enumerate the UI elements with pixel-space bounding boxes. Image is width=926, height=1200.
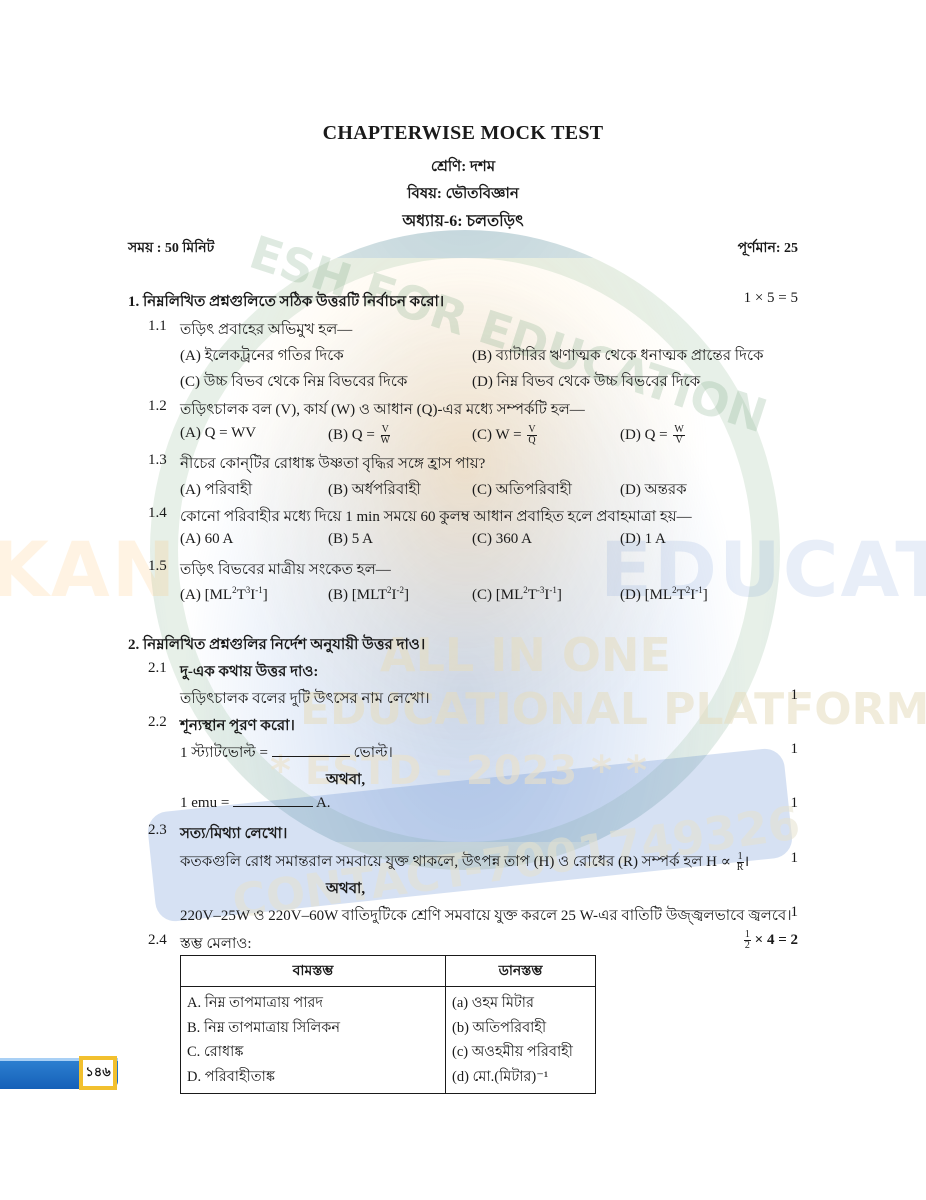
marks-rest: × 4 = 2 bbox=[751, 932, 798, 948]
question-number: 2.1 bbox=[148, 660, 167, 677]
question-text: তড়িৎচালক বলের দুটি উৎসের নাম লেখো। bbox=[180, 687, 430, 712]
fill-blank-1: 1 স্ট্যাটভোল্ট = ভোল্ট। bbox=[180, 741, 393, 766]
option-label: (A) Q = WV bbox=[180, 425, 256, 441]
left-item: A. নিম্ন তাপমাত্রায় পারদ bbox=[187, 991, 439, 1016]
question-text: তড়িৎ প্রবাহের অভিমুখ হল— bbox=[180, 318, 352, 343]
denominator: 2 bbox=[745, 941, 750, 951]
statement-text: কতকগুলি রোধ সমান্তরাল সমবায়ে যুক্ত থাকল… bbox=[180, 854, 735, 870]
class-line: শ্রেণি: দশম bbox=[0, 155, 926, 180]
question-number: 1.2 bbox=[148, 398, 167, 415]
match-table: বামস্তম্ভ ডানস্তম্ভ A. নিম্ন তাপমাত্রায়… bbox=[180, 955, 596, 1094]
or-label: অথবা, bbox=[326, 877, 365, 902]
option-b: (B) Q = VW bbox=[328, 425, 390, 446]
option-d: (D) Q = WV bbox=[620, 425, 685, 446]
option-b: (B) [MLT2I-2] bbox=[328, 585, 409, 604]
question-text: তড়িৎচালক বল (V), কার্য (W) ও আধান (Q)-এ… bbox=[180, 398, 585, 423]
option-label: (B) Q = bbox=[328, 427, 379, 443]
question-instruction: স্তম্ভ মেলাও: bbox=[180, 932, 252, 957]
question-text: নীচের কোন্‌টির রোধাঙ্ক উষ্ণতা বৃদ্ধির সঙ… bbox=[180, 452, 485, 477]
chapter-line: অধ্যায়-6: চলতড়িৎ bbox=[0, 208, 926, 235]
question-marks: 1 bbox=[791, 741, 799, 758]
option-b: (B) অর্ধপরিবাহী bbox=[328, 478, 421, 503]
left-column-cell: A. নিম্ন তাপমাত্রায় পারদ B. নিম্ন তাপমা… bbox=[181, 987, 446, 1094]
denominator: V bbox=[675, 436, 682, 446]
option-a: (A) পরিবাহী bbox=[180, 478, 252, 503]
option-label: (C) W = bbox=[472, 427, 525, 443]
section1-heading: 1. নিম্নলিখিত প্রশ্নগুলিতে সঠিক উত্তরটি … bbox=[128, 290, 444, 315]
question-marks: 1 bbox=[791, 904, 799, 921]
question-number: 2.2 bbox=[148, 714, 167, 731]
right-item: (b) অতিপরিবাহী bbox=[452, 1016, 589, 1041]
option-d: (D) নিম্ন বিভব থেকে উচ্চ বিভবের দিকে bbox=[472, 370, 700, 395]
column-header-right: ডানস্তম্ভ bbox=[446, 956, 596, 987]
subject-line: বিষয়: ভৌতবিজ্ঞান bbox=[0, 182, 926, 207]
option-d: (D) অন্তরক bbox=[620, 478, 687, 503]
statement-end: । bbox=[744, 854, 750, 870]
section1-marks: 1 × 5 = 5 bbox=[744, 290, 798, 307]
blank-prefix: 1 emu = bbox=[180, 795, 233, 811]
fraction: 12 bbox=[744, 930, 751, 951]
blank-line bbox=[272, 756, 350, 757]
blank-prefix: 1 স্ট্যাটভোল্ট = bbox=[180, 745, 272, 761]
page: CHAPTERWISE MOCK TEST শ্রেণি: দশম বিষয়:… bbox=[0, 0, 926, 1200]
blank-suffix: ভোল্ট। bbox=[350, 745, 393, 761]
denominator: W bbox=[381, 436, 390, 446]
question-marks: 1 bbox=[791, 687, 799, 704]
fraction: VW bbox=[381, 425, 390, 446]
question-number: 2.4 bbox=[148, 932, 167, 949]
fraction: WV bbox=[673, 425, 684, 446]
right-item: (a) ওহম মিটার bbox=[452, 991, 589, 1016]
option-a: (A) ইলেকট্রনের গতির দিকে bbox=[180, 344, 344, 369]
option-c: (C) W = VQ bbox=[472, 425, 537, 446]
question-instruction: দু-এক কথায় উত্তর দাও: bbox=[180, 660, 318, 685]
true-false-statement-1: কতকগুলি রোধ সমান্তরাল সমবায়ে যুক্ত থাকল… bbox=[180, 850, 749, 875]
page-title: CHAPTERWISE MOCK TEST bbox=[0, 122, 926, 145]
question-marks: 1 bbox=[791, 795, 799, 812]
right-item: (d) মো.(মিটার)⁻¹ bbox=[452, 1065, 589, 1090]
question-instruction: সত্য/মিথ্যা লেখো। bbox=[180, 822, 287, 847]
fraction: VQ bbox=[527, 425, 536, 446]
option-d: (D) 1 A bbox=[620, 531, 666, 548]
question-marks: 12 × 4 = 2 bbox=[742, 930, 798, 951]
question-number: 1.4 bbox=[148, 505, 167, 522]
blank-suffix: A. bbox=[313, 795, 331, 811]
option-b: (B) ব্যাটারির ঋণাত্মক থেকে ধনাত্মক প্রান… bbox=[472, 344, 763, 369]
left-item: C. রোধাঙ্ক bbox=[187, 1040, 439, 1065]
question-number: 1.5 bbox=[148, 558, 167, 575]
option-label: (D) Q = bbox=[620, 427, 671, 443]
question-number: 1.1 bbox=[148, 318, 167, 335]
option-a: (A) 60 A bbox=[180, 531, 233, 548]
column-header-left: বামস্তম্ভ bbox=[181, 956, 446, 987]
blank-line bbox=[233, 806, 313, 807]
option-a: (A) Q = WV bbox=[180, 425, 256, 442]
option-b: (B) 5 A bbox=[328, 531, 373, 548]
fraction: 1R bbox=[737, 852, 744, 873]
option-c: (C) 360 A bbox=[472, 531, 532, 548]
true-false-statement-2: 220V–25W ও 220V–60W বাতিদুটিকে শ্রেণি সম… bbox=[180, 904, 792, 929]
question-marks: 1 bbox=[791, 850, 799, 867]
option-a: (A) [ML2T3I-1] bbox=[180, 585, 268, 604]
left-item: B. নিম্ন তাপমাত্রায় সিলিকন bbox=[187, 1016, 439, 1041]
time-label: সময় : 50 মিনিট bbox=[128, 236, 214, 260]
denominator: R bbox=[737, 863, 744, 873]
question-text: কোনো পরিবাহীর মধ্যে দিয়ে 1 min সময়ে 60… bbox=[180, 505, 692, 530]
right-column-cell: (a) ওহম মিটার (b) অতিপরিবাহী (c) অওহমীয়… bbox=[446, 987, 596, 1094]
page-number: ১৪৬ bbox=[79, 1056, 117, 1090]
right-item: (c) অওহমীয় পরিবাহী bbox=[452, 1040, 589, 1065]
question-number: 2.3 bbox=[148, 822, 167, 839]
or-label: অথবা, bbox=[326, 768, 365, 793]
section2-heading: 2. নিম্নলিখিত প্রশ্নগুলির নির্দেশ অনুযায… bbox=[128, 633, 425, 658]
question-text: তড়িৎ বিভবের মাত্রীয় সংকেত হল— bbox=[180, 558, 391, 583]
denominator: Q bbox=[528, 436, 535, 446]
left-item: D. পরিবাহীতাঙ্ক bbox=[187, 1065, 439, 1090]
option-c: (C) উচ্চ বিভব থেকে নিম্ন বিভবের দিকে bbox=[180, 370, 407, 395]
option-d: (D) [ML2T2I-1] bbox=[620, 585, 708, 604]
fill-blank-2: 1 emu = A. bbox=[180, 795, 331, 812]
question-number: 1.3 bbox=[148, 452, 167, 469]
question-instruction: শূন্যস্থান পূরণ করো। bbox=[180, 714, 295, 739]
option-c: (C) অতিপরিবাহী bbox=[472, 478, 572, 503]
option-c: (C) [ML2T-3I-1] bbox=[472, 585, 562, 604]
full-marks-label: পূর্ণমান: 25 bbox=[738, 236, 798, 260]
